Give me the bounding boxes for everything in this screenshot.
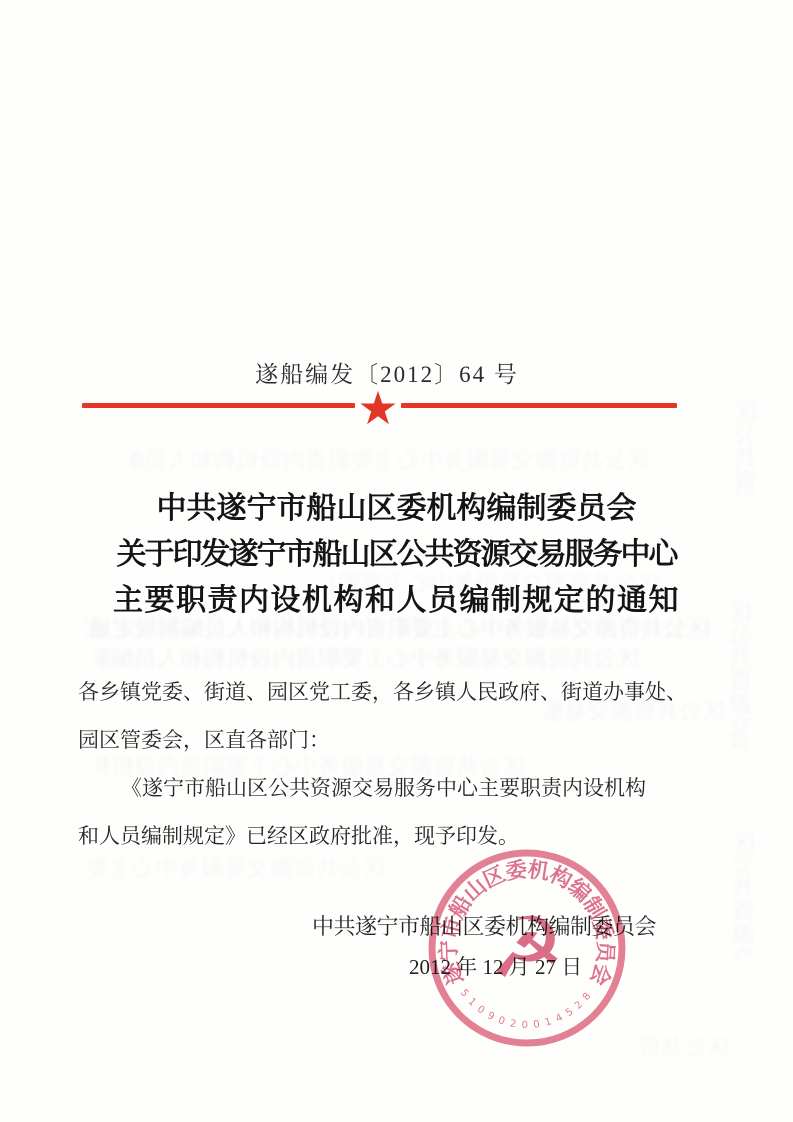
bleedthrough-ghost: 区公共资源交易服务中心主要职责内设机构和人员编制规定通知印发批准机构编制委员会遂… [733, 830, 759, 960]
document-page: 区公共资源交易服务中心主要职责内设机构和人员编制规定通知印发批准机构编制委员会遂… [0, 0, 793, 1122]
title-line-2: 关于印发遂宁市船山区公共资源交易服务中心 [0, 532, 793, 578]
body-line-3: 《遂宁市船山区公共资源交易服务中心主要职责内设机构 [78, 764, 761, 812]
title-line-1: 中共遂宁市船山区委机构编制委员会 [0, 486, 793, 532]
red-divider-left [82, 403, 355, 408]
body-line-1: 各乡镇党委、街道、园区党工委，各乡镇人民政府、街道办事处、 [78, 668, 718, 716]
body-line-2: 园区管委会，区直各部门： [78, 716, 718, 764]
title-line-3: 主要职责内设机构和人员编制规定的通知 [0, 578, 793, 624]
document-title: 中共遂宁市船山区委机构编制委员会 关于印发遂宁市船山区公共资源交易服务中心 主要… [0, 486, 793, 624]
bleedthrough-ghost: 区公共资源交易服务中心主要职责内设机构和人员编制规定通知印发批准机构编制委员会遂… [85, 856, 385, 883]
red-divider-right [401, 403, 677, 408]
bleedthrough-ghost: 区公共资源交易服务中心主要职责内设机构和人员编制规定通知印发批准机构编制委员会遂… [130, 448, 650, 475]
official-seal: 遂宁市船山区委机构编制委员会 ☭ 5109020014528 [422, 843, 632, 1053]
bleedthrough-ghost: 区公共资源交易服务中心主要职责内设机构和人员编制规定通知印发批准机构编制委员会遂… [640, 1035, 730, 1062]
star-icon: ★ [352, 382, 404, 434]
bleedthrough-ghost: 区公共资源交易服务中心主要职责内设机构和人员编制规定通知印发批准机构编制委员会遂… [735, 400, 761, 495]
party-emblem-icon: ☭ [489, 899, 564, 997]
